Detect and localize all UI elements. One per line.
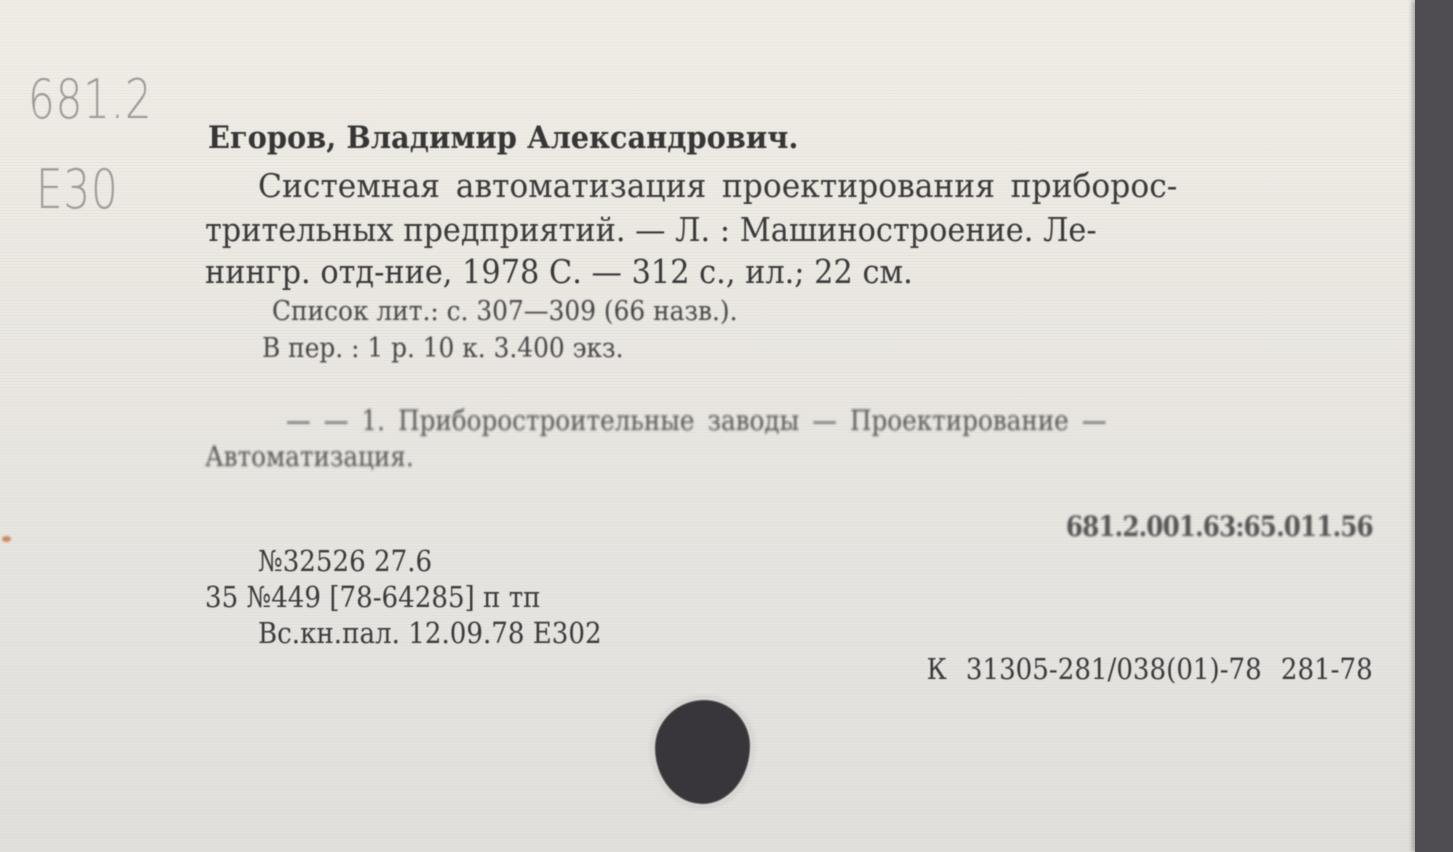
catalog-card-scan: 681.2 Е30 Егоров, Владимир Александрович… [0,0,1453,852]
bibliography-note: Список лит.: с. 307—309 (66 назв.). [272,296,737,327]
udc-code: 681.2.001.63:65.011.56 [1066,510,1373,543]
registry-line-2: 35 №449 [78-64285] п тп [205,580,541,614]
paper-speck [2,536,11,542]
price-and-print-run: В пер. : 1 р. 10 к. 3.400 экз. [262,333,623,364]
title-line-2: трительных предприятий. — Л. : Машиностр… [205,210,1097,249]
subject-heading-line-1: — — 1. Приборостроительные заводы — Прое… [286,404,1107,437]
title-line-1: Системная автоматизация проектирования п… [258,166,1177,205]
card-heading-author: Егоров, Владимир Александрович. [208,120,798,156]
registry-line-1: №32526 27.6 [258,544,432,578]
bbk-code-line: К 31305-281/038(01)-78 281-78 [927,652,1373,686]
card-edge-strip [1415,0,1453,852]
card-punch-hole [655,700,750,804]
handwritten-author-mark: Е30 [36,158,119,221]
title-line-3: нингр. отд-ние, 1978 С. — 312 с., ил.; 2… [205,252,913,291]
registry-line-3: Вс.кн.пал. 12.09.78 Е302 [258,616,602,650]
handwritten-classification: 681.2 [28,68,152,131]
subject-heading-line-2: Автоматизация. [205,440,414,473]
